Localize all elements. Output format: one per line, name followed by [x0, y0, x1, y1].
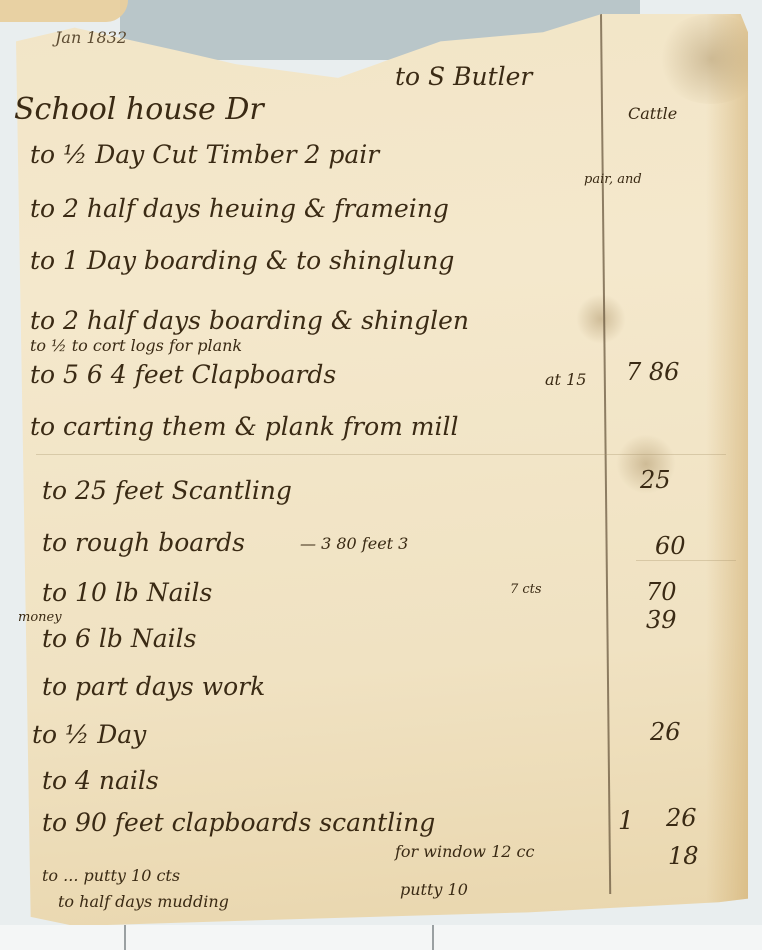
entry-line: to 2 half days heuing & frameing [30, 194, 449, 223]
document-title: School house Dr [14, 92, 264, 127]
entry-line: to ½ Day [32, 720, 146, 749]
entry-line: to 5 6 4 feet Clapboards [30, 360, 336, 389]
entry-note: pair, and [584, 172, 642, 187]
entry-line: to 1 Day boarding & to shinglung [30, 246, 454, 275]
entry-amount: 26 [666, 804, 697, 832]
entry-line: to half days mudding [58, 892, 229, 911]
scanner-bed [0, 925, 762, 950]
header-note: Jan 1832 [55, 28, 127, 47]
fold-line [636, 560, 736, 561]
entry-amount: 39 [646, 606, 677, 634]
entry-amount: 25 [640, 466, 671, 494]
column-label: Cattle [628, 104, 677, 123]
entry-line: to rough boards [42, 528, 245, 557]
fold-line [36, 454, 726, 455]
entry-line: to 4 nails [42, 766, 159, 795]
entry-line: to 6 lb Nails [42, 624, 196, 653]
paper-edge-shading [706, 14, 748, 926]
entry-line: to 90 feet clapboards scantling [42, 808, 435, 837]
entry-line: to ½ Day Cut Timber 2 pair [30, 140, 379, 169]
divider [124, 925, 126, 950]
entry-amount: 70 [646, 578, 677, 606]
entry-line: to ½ to cort logs for plank [30, 336, 242, 355]
entry-line: to 2 half days boarding & shinglen [30, 306, 469, 335]
entry-note: for window 12 cc [395, 842, 534, 861]
margin-note: money [18, 610, 62, 625]
entry-note: putty 10 [400, 880, 468, 899]
stain [576, 294, 626, 344]
entry-amount: 26 [650, 718, 681, 746]
entry-line: to 10 lb Nails [42, 578, 212, 607]
entry-amount: 18 [668, 842, 699, 870]
entry-line: to part days work [42, 672, 265, 701]
entry-note: — 3 80 feet 3 [300, 534, 408, 553]
divider [432, 925, 434, 950]
creditor-name: to S Butler [395, 62, 532, 91]
entry-line: to 25 feet Scantling [42, 476, 292, 505]
entry-note: 1 [618, 806, 634, 835]
entry-amount: 7 86 [626, 358, 679, 386]
entry-line: to carting them & plank from mill [30, 412, 459, 441]
entry-note: at 15 [545, 370, 586, 389]
stain [656, 14, 762, 104]
entry-note: 7 cts [510, 582, 542, 597]
tape-strip [0, 0, 128, 22]
entry-amount: 60 [655, 532, 686, 560]
entry-line: to ... putty 10 cts [42, 866, 180, 885]
